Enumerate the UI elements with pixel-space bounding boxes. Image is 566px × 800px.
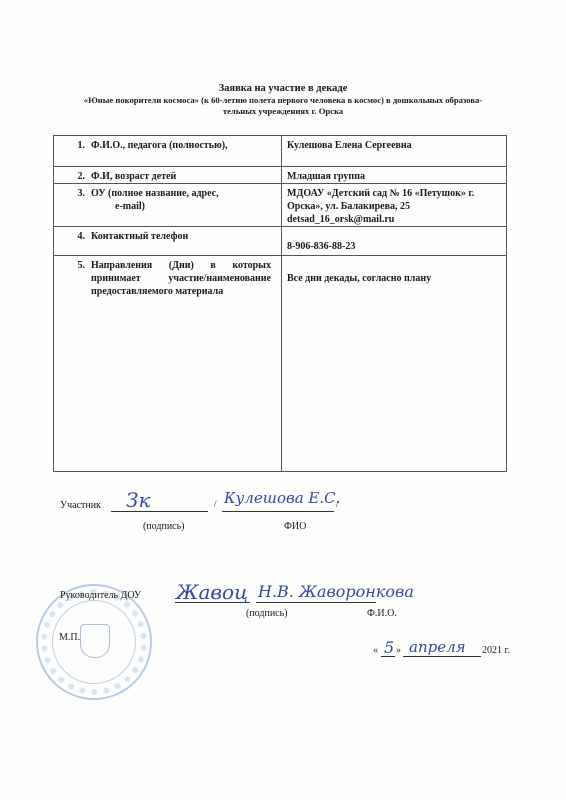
row-value-cell: МДОАУ «Детский сад № 16 «Петушок» г. Орс…: [282, 184, 507, 227]
date-close-quote: »: [396, 645, 401, 656]
row-number: 3.: [59, 187, 91, 200]
head-fio-line: [256, 602, 376, 603]
row-label: Контактный телефон: [91, 230, 188, 243]
row-label-cell: 4.Контактный телефон: [54, 227, 282, 256]
row-value: Все дни декады, согласно плану: [282, 256, 507, 472]
caption-fio: ФИО: [284, 521, 306, 532]
row-number: 1.: [59, 139, 91, 152]
application-form-table: 1.Ф.И.О., педагога (полностью), Кулешова…: [53, 135, 507, 472]
row-label: Ф.И, возраст детей: [91, 170, 176, 183]
row-label-line2: e-mail): [91, 201, 145, 212]
participant-fio-line: [222, 511, 334, 512]
participant-fio-handwritten: Кулешова Е.С.: [224, 489, 340, 507]
row-number: 2.: [59, 170, 91, 183]
row-label-cell: 3.ОУ (полное название, адрес,e-mail): [54, 184, 282, 227]
separator-slash: /: [214, 499, 217, 509]
date-month-line: [403, 656, 481, 657]
row-label-cell: 2.Ф.И, возраст детей: [54, 167, 282, 184]
date-day: 5: [384, 638, 394, 657]
table-row: 2.Ф.И, возраст детей Младшая группа: [54, 167, 507, 184]
stamp-place-label: М.П.: [59, 632, 80, 643]
caption-signature: (подпись): [246, 608, 288, 619]
row-value-email: detsad_16_orsk@mail.ru: [287, 214, 394, 225]
row-value: Кулешова Елена Сергеевна: [282, 136, 507, 167]
date-open-quote: «: [373, 645, 378, 656]
participant-signature: Зк: [126, 488, 150, 512]
date-year: 2021 г.: [482, 645, 510, 656]
head-signature: Жавоц: [176, 580, 248, 604]
participant-label: Участник: [60, 500, 101, 511]
row-value: 8-906-836-88-23: [282, 227, 507, 256]
row-label-cell: 1.Ф.И.О., педагога (полностью),: [54, 136, 282, 167]
document-title-block: Заявка на участие в декаде «Юные покорит…: [40, 82, 526, 117]
table-row: 5.Направления (Дни) в которых принимает …: [54, 256, 507, 472]
row-number: 4.: [59, 230, 91, 243]
document-subtitle-line2: тельных учреждениях г. Орска: [40, 106, 526, 117]
head-label: Руководитель ДОУ: [60, 590, 141, 601]
row-value: Младшая группа: [282, 167, 507, 184]
head-fio-handwritten: Н.В. Жаворонкова: [258, 582, 414, 601]
caption-fio: Ф.И.О.: [367, 608, 397, 619]
table-row: 4.Контактный телефон 8-906-836-88-23: [54, 227, 507, 256]
row-value: МДОАУ «Детский сад № 16 «Петушок» г. Орс…: [287, 188, 474, 212]
row-label: Ф.И.О., педагога (полностью),: [91, 139, 228, 152]
official-stamp: [36, 584, 152, 700]
date-month: апреля: [409, 638, 466, 656]
document-subtitle-line1: «Юные покорители космоса» (к 60-летию по…: [40, 95, 526, 106]
caption-signature: (подпись): [143, 521, 185, 532]
table-row: 3.ОУ (полное название, адрес,e-mail) МДО…: [54, 184, 507, 227]
row-label-cell: 5.Направления (Дни) в которых принимает …: [54, 256, 282, 472]
separator-slash: /: [336, 499, 339, 509]
document-title: Заявка на участие в декаде: [40, 82, 526, 95]
row-number: 5.: [59, 259, 91, 298]
emblem-icon: [80, 624, 110, 658]
row-label-line1: ОУ (полное название, адрес,: [91, 188, 219, 199]
table-row: 1.Ф.И.О., педагога (полностью), Кулешова…: [54, 136, 507, 167]
row-label: Направления (Дни) в которых принимает уч…: [91, 259, 271, 298]
row-label: ОУ (полное название, адрес,e-mail): [91, 187, 219, 213]
